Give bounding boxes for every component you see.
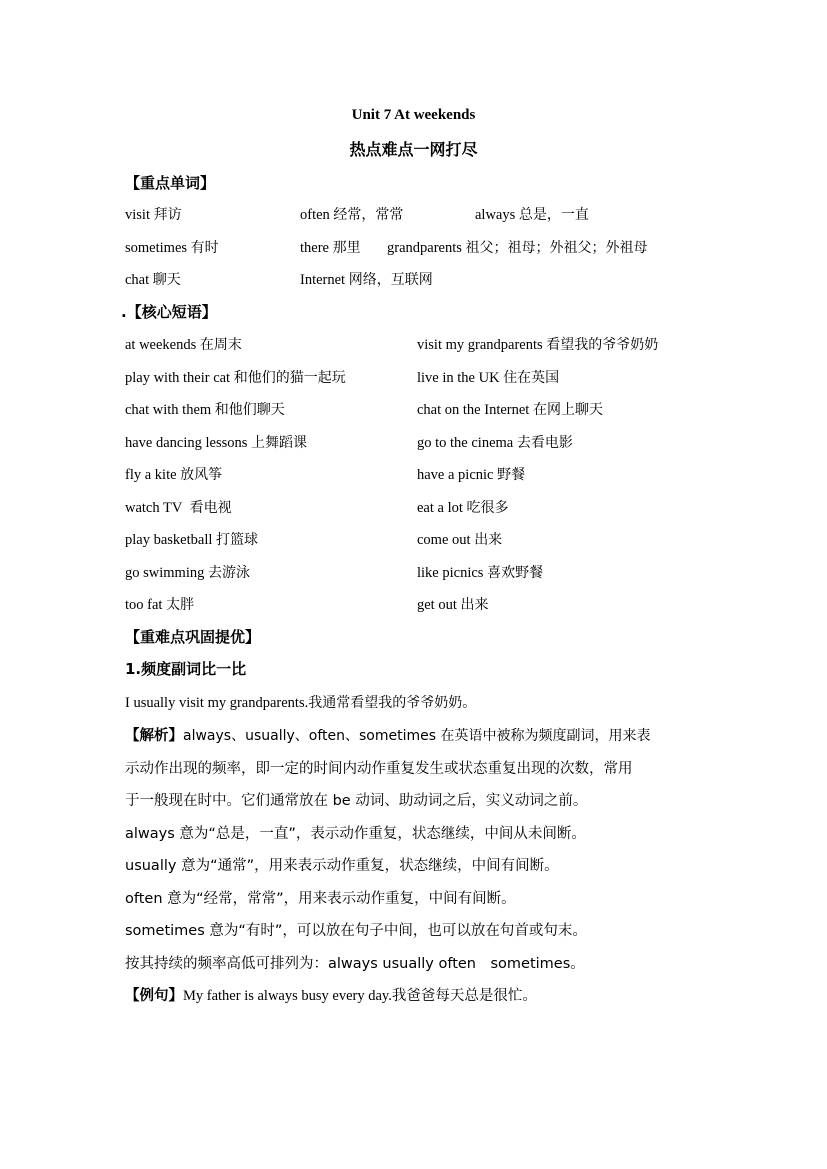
often-note: often 意为“经常，常常”，用来表示动作重复，中间有间断。 [125,887,516,908]
word-item: grandparents 祖父；祖母；外祖父；外祖母 [387,237,648,257]
word-item: Internet 网络，互联网 [300,269,433,289]
order-note: 按其持续的频率高低可排列为：always usually often somet… [125,952,585,973]
phrase-item: have dancing lessons 上舞蹈课 [125,432,307,452]
word-item: sometimes 有时 [125,237,219,257]
phrase-item: get out 出来 [417,594,489,614]
example-sentence: 【例句】My father is always busy every day.我… [125,984,537,1005]
phrase-item: too fat 太胖 [125,594,194,614]
focus-heading: 【重难点巩固提优】 [125,626,260,647]
phrase-item: visit my grandparents 看望我的爷爷奶奶 [417,334,658,354]
phrases-heading: .【核心短语】 [121,301,217,322]
word-item: always 总是，一直 [475,204,589,224]
phrase-item: at weekends 在周末 [125,334,242,354]
doc-title: Unit 7 At weekends [0,107,827,124]
word-item: often 经常，常常 [300,204,403,224]
word-item: there 那里 [300,237,361,257]
document-page: Unit 7 At weekends 热点难点一网打尽 【重点单词】 visit… [0,0,827,1169]
phrase-item: chat with them 和他们聊天 [125,399,285,419]
phrase-item: have a picnic 野餐 [417,464,525,484]
phrase-item: come out 出来 [417,529,502,549]
analysis-line-1: 【解析】always、usually、often、sometimes 在英语中被… [125,724,650,745]
usually-note: usually 意为“通常”，用来表示动作重复，状态继续，中间有间断。 [125,854,559,875]
example-line: I usually visit my grandparents.我通常看望我的爷… [125,692,476,712]
sometimes-note: sometimes 意为“有时”，可以放在句子中间，也可以放在句首或句末。 [125,919,587,940]
point-heading: 1.频度副词比一比 [125,658,246,679]
phrase-item: play with their cat 和他们的猫一起玩 [125,367,346,387]
phrase-item: go swimming 去游泳 [125,562,250,582]
phrase-item: fly a kite 放风筝 [125,464,222,484]
phrase-item: chat on the Internet 在网上聊天 [417,399,603,419]
doc-subtitle: 热点难点一网打尽 [0,137,827,160]
analysis-line-3: 于一般现在时中。它们通常放在 be 动词、助动词之后，实义动词之前。 [125,789,587,810]
phrase-item: eat a lot 吃很多 [417,497,509,517]
phrase-item: go to the cinema 去看电影 [417,432,573,452]
word-item: visit 拜访 [125,204,182,224]
analysis-line-2: 示动作出现的频率，即一定的时间内动作重复发生或状态重复出现的次数，常用 [125,757,633,778]
phrase-item: watch TV 看电视 [125,497,232,517]
phrase-item: play basketball 打篮球 [125,529,258,549]
phrase-item: live in the UK 住在英国 [417,367,559,387]
word-item: chat 聊天 [125,269,181,289]
words-heading: 【重点单词】 [125,172,215,193]
phrase-item: like picnics 喜欢野餐 [417,562,543,582]
always-note: always 意为“总是，一直”，表示动作重复，状态继续，中间从未间断。 [125,822,586,843]
